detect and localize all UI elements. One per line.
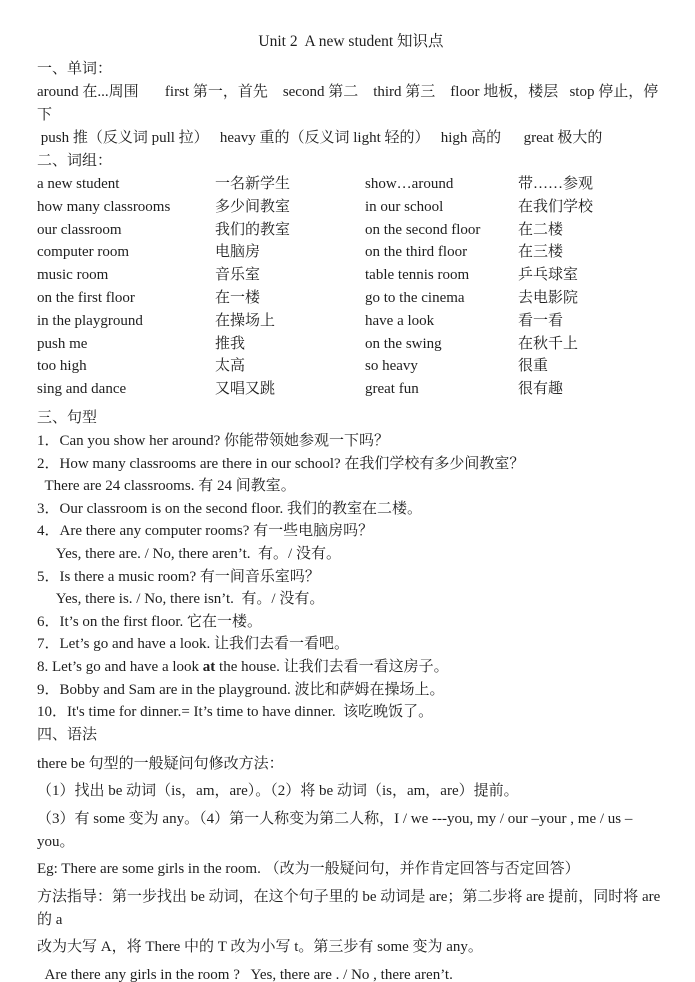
section-heading-grammar: 四、语法 — [37, 724, 665, 747]
phrase-zh: 多少间教室 — [215, 196, 365, 219]
grammar-section: 四、语法 there be 句型的一般疑问句修改方法： （1）找出 be 动词（… — [37, 724, 665, 982]
grammar-line: Are there any girls in the room ? Yes, t… — [37, 964, 665, 982]
phrase-zh: 乒乓球室 — [518, 264, 665, 287]
phrase-zh: 在一楼 — [215, 287, 365, 310]
words-line-1: around 在...周围 first 第一，首先 second 第二 thir… — [37, 81, 665, 127]
sentence-pre: 8. Let’s go and have a look — [37, 659, 203, 675]
phrase-en: music room — [37, 264, 215, 287]
phrase-en: on the third floor — [365, 241, 518, 264]
phrase-en: go to the cinema — [365, 287, 518, 310]
grammar-line: there be 句型的一般疑问句修改方法： — [37, 753, 665, 776]
sentence-line: 3．Our classroom is on the second floor. … — [37, 498, 665, 521]
phrase-en: our classroom — [37, 219, 215, 242]
phrase-en: have a look — [365, 310, 518, 333]
phrase-en: on the first floor — [37, 287, 215, 310]
grammar-line: 改为大写 A，将 There 中的 T 改为小写 t。第三步有 some 变为 … — [37, 936, 665, 959]
words-line-2: push 推（反义词 pull 拉） heavy 重的（反义词 light 轻的… — [37, 127, 665, 150]
sentence-line: 9．Bobby and Sam are in the playground. 波… — [37, 679, 665, 702]
phrase-zh: 一名新学生 — [215, 173, 365, 196]
sentence-bold-word: at — [203, 659, 216, 675]
sentence-line: 4．Are there any computer rooms? 有一些电脑房吗？ — [37, 520, 665, 543]
sentence-answer-line: Yes, there is. / No, there isn’t. 有。/ 没有… — [37, 588, 665, 611]
phrase-en: too high — [37, 355, 215, 378]
phrase-en: computer room — [37, 241, 215, 264]
phrase-zh: 在三楼 — [518, 241, 665, 264]
phrase-zh: 我们的教室 — [215, 219, 365, 242]
sentence-line: 5．Is there a music room? 有一间音乐室吗？ — [37, 566, 665, 589]
phrase-table: a new student 一名新学生 show…around 带……参观 ho… — [37, 173, 665, 401]
sentence-line: 7．Let’s go and have a look. 让我们去看一看吧。 — [37, 633, 665, 656]
grammar-line: Eg: There are some girls in the room. （改… — [37, 858, 665, 881]
grammar-line: 方法指导：第一步找出 be 动词，在这个句子里的 be 动词是 are；第二步将… — [37, 886, 665, 932]
phrase-zh: 又唱又跳 — [215, 378, 365, 401]
phrase-zh: 太高 — [215, 355, 365, 378]
sentences-section: 三、句型 1．Can you show her around? 你能带领她参观一… — [37, 407, 665, 724]
sentence-answer-line: There are 24 classrooms. 有 24 间教室。 — [37, 475, 665, 498]
phrase-en: push me — [37, 333, 215, 356]
sentence-line: 1．Can you show her around? 你能带领她参观一下吗？ — [37, 430, 665, 453]
phrase-en: in our school — [365, 196, 518, 219]
section-heading-phrases: 二、词组： — [37, 150, 665, 173]
phrase-zh: 在操场上 — [215, 310, 365, 333]
section-heading-sentences: 三、句型 — [37, 407, 665, 430]
phrase-zh: 在我们学校 — [518, 196, 665, 219]
sentence-line: 2．How many classrooms are there in our s… — [37, 453, 665, 476]
grammar-line: （1）找出 be 动词（is，am，are）。（2）将 be 动词（is，am，… — [37, 780, 665, 803]
phrase-en: so heavy — [365, 355, 518, 378]
document-page: Unit 2 A new student 知识点 一、单词： around 在.… — [0, 0, 695, 982]
phrase-en: sing and dance — [37, 378, 215, 401]
phrase-en: a new student — [37, 173, 215, 196]
doc-title: Unit 2 A new student 知识点 — [37, 30, 665, 54]
phrase-en: show…around — [365, 173, 518, 196]
phrase-zh: 电脑房 — [215, 241, 365, 264]
phrase-zh: 推我 — [215, 333, 365, 356]
phrase-en: how many classrooms — [37, 196, 215, 219]
sentence-line: 10．It's time for dinner.= It’s time to h… — [37, 701, 665, 724]
section-heading-words: 一、单词： — [37, 58, 665, 81]
sentence-line: 6．It’s on the first floor. 它在一楼。 — [37, 611, 665, 634]
phrase-en: on the second floor — [365, 219, 518, 242]
phrase-zh: 音乐室 — [215, 264, 365, 287]
phrase-en: in the playground — [37, 310, 215, 333]
phrase-zh: 在秋千上 — [518, 333, 665, 356]
sentence-post: the house. 让我们去看一看这房子。 — [215, 659, 448, 675]
phrase-zh: 很重 — [518, 355, 665, 378]
phrase-zh: 很有趣 — [518, 378, 665, 401]
phrase-zh: 在二楼 — [518, 219, 665, 242]
phrase-en: table tennis room — [365, 264, 518, 287]
phrase-zh: 看一看 — [518, 310, 665, 333]
grammar-line: （3）有 some 变为 any。（4）第一人称变为第二人称，I / we --… — [37, 808, 665, 854]
phrase-zh: 带……参观 — [518, 173, 665, 196]
phrase-en: on the swing — [365, 333, 518, 356]
phrase-zh: 去电影院 — [518, 287, 665, 310]
phrase-en: great fun — [365, 378, 518, 401]
sentence-answer-line: Yes, there are. / No, there aren’t. 有。/ … — [37, 543, 665, 566]
sentence-line-with-bold: 8. Let’s go and have a look at the house… — [37, 656, 665, 679]
